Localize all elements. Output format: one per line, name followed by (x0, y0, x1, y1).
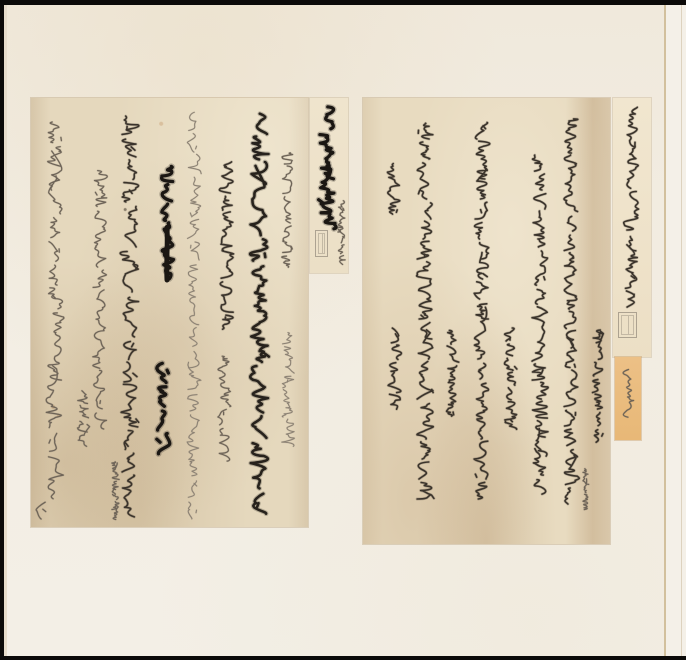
label-note: 春さめ 永ノ (337, 200, 346, 265)
column-text: 五言の中 (280, 150, 294, 268)
column-text: 春宮大夫公実 (590, 327, 606, 443)
text-column: 秋之月 (385, 160, 401, 215)
text-column: 百首哥よりてつくりて立秋之恋 (91, 167, 109, 430)
column-text: くもすむ月にうかれてゆく袖にしいまのよのまに (185, 110, 203, 520)
next-leaf-edge (666, 5, 686, 656)
appraisal-seal-icon: 琴山 (315, 230, 328, 257)
left-manuscript-fragment: 五言の中 還三庭月体 なきあたりをりしもつとお龍しと七の月そによに 建保四年百首… (31, 98, 308, 527)
column-text: 宇治前太政大臣家哥合に月のこゝろを (530, 153, 550, 495)
fragment-name-slip: 小野切 (615, 357, 641, 440)
column-text: くもすゝき袖をくらへし夜半のさとにいつもけふをなかめける哉 (562, 115, 580, 505)
text-column: 此面花をも (153, 360, 173, 455)
column-text: さゝもし (582, 468, 590, 510)
text-column: 建保四年百首三 (218, 160, 236, 330)
mount-edge (4, 5, 7, 656)
text-column: てる月の光さへゆくやまれ松の水おとつくらぬ月もかゝやく (472, 120, 492, 500)
column-text: 七 (34, 500, 50, 520)
text-column: くもすゝき袖をくらへし夜半のさとにいつもけふをなかめける哉 (562, 115, 580, 505)
column-text: なきあたりをりしもつとお龍しと七の月そによに (247, 110, 271, 515)
column-text: わかれゆく月のうつるかけにもあふみかたゑゑ (44, 120, 66, 500)
text-column: わかれゆく月のうつるかけにもあふみかたゑゑ (44, 120, 66, 500)
slip-label: 小野切 (621, 368, 635, 418)
column-text: こんえ (111, 460, 120, 520)
column-text: 秋之月 (385, 160, 401, 215)
text-column: こんえ (111, 460, 120, 520)
leaf-edge-line (681, 5, 682, 656)
seal-text: 琴山 (619, 313, 636, 337)
column-text: 源俊頼朝臣 (443, 327, 461, 417)
text-column: 源俊頼朝臣 (443, 327, 461, 417)
column-text: 建保四年百首三 (218, 160, 236, 330)
column-text: 還三庭月体 (280, 330, 296, 447)
text-column: 還三庭月体 (280, 330, 296, 447)
text-column: むしー (158, 163, 176, 280)
text-column: 前中納言家 (216, 353, 234, 462)
right-manuscript-fragment: 春宮大夫公実 くもすゝき袖をくらへし夜半のさとにいつもけふをなかめける哉 さゝも… (363, 98, 610, 544)
attribution-text: 二條家爲親卿 (315, 105, 339, 230)
text-column: つけまれする月のかけゆくあふみのうとくろ (119, 113, 141, 518)
text-column: なきあたりをりしもつとお龍しと七の月そによに (247, 110, 271, 515)
column-text: 皇后宮摂津 (503, 327, 519, 430)
text-column: 皇后宮摂津 (503, 327, 519, 430)
column-text: 此面花をも (153, 360, 173, 455)
text-column: 山家信 (76, 390, 90, 447)
incipit-text: くもすゝき (623, 233, 639, 308)
attribution-text: 二條家爲氏朝臣 (622, 106, 642, 231)
left-attribution-label: 二條家爲親卿 春さめ 永ノ 琴山 (310, 98, 348, 273)
leaf-number: 七 (34, 500, 50, 520)
note-text: 春さめ 永ノ (337, 200, 346, 265)
column-text: やまのはにかゝるをぬきてひかりもけふのすゝのはら (415, 120, 435, 500)
column-text: むしー (158, 163, 176, 280)
column-text: つけまれする月のかけゆくあふみのうとくろ (119, 113, 141, 518)
column-text: 山家信 (76, 390, 90, 447)
column-text: てる月の光さへゆくやまれ松の水おとつくらぬ月もかゝやく (472, 120, 492, 500)
appraisal-seal-icon: 琴山 (618, 312, 637, 338)
right-attribution-label: 二條家爲氏朝臣 くもすゝき 琴山 (613, 98, 651, 357)
text-column: 春宮大夫公実 (590, 327, 606, 443)
text-column: やまのはにかゝるをぬきてひかりもけふのすゝのはら (415, 120, 435, 500)
text-column: 摂政左大臣 (386, 327, 404, 410)
text-column: 五言の中 (280, 150, 294, 268)
column-text: 摂政左大臣 (386, 327, 404, 410)
text-column: さゝもし (582, 468, 590, 510)
label-text: 二條家爲氏朝臣 (622, 106, 642, 231)
label-text: くもすゝき (623, 233, 639, 308)
label-text: 二條家爲親卿 (315, 105, 339, 230)
column-text: 百首哥よりてつくりて立秋之恋 (91, 167, 109, 430)
text-column: くもすむ月にうかれてゆく袖にしいまのよのまに (185, 110, 203, 520)
text-column: 宇治前太政大臣家哥合に月のこゝろを (530, 153, 550, 495)
column-text: 前中納言家 (216, 353, 234, 462)
slip-text: 小野切 (621, 368, 635, 418)
seal-text: 琴山 (316, 231, 327, 256)
